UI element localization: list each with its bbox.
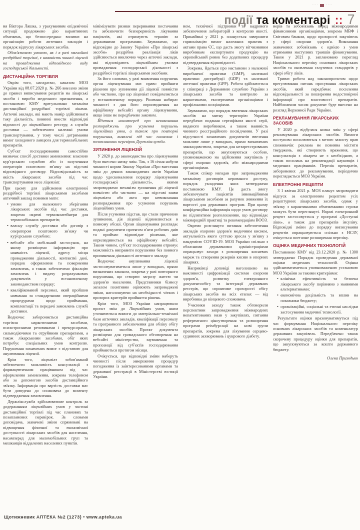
masthead-dots-right: · · · · <box>326 3 332 7</box>
bullet-item: організаційні, соціальні та етичні наслі… <box>277 305 358 315</box>
bullet-item: кваліфікований персонал, який пройшов на… <box>7 288 88 314</box>
paragraph: Триває робота над законопроєктом щодо вр… <box>273 77 358 113</box>
paragraph: Після усунення підстав, що стали причино… <box>93 212 178 259</box>
paragraph: мінімізувати ризики переривання постачан… <box>93 24 178 76</box>
paragraph: нерів та зобов'язань перед міжнародними … <box>273 24 358 76</box>
footer-text: Щотижневик АПТЕКА №2 (1273) • www.apteka… <box>4 514 264 520</box>
column-4: нерів та зобов'язань перед міжнародними … <box>273 24 358 506</box>
bullet-item: умови для належного зберігання лікарськи… <box>7 202 88 223</box>
paragraph: Окремо розглянуто питання забезпечення з… <box>183 224 268 266</box>
paragraph: Також спікер нагадав про запровадження м… <box>183 171 268 223</box>
paragraph: У 2020 р. відбулася низка змін у сфері р… <box>273 127 358 179</box>
article-heading: ЗУПИНЕННЯ ЛІЦЕНЗІЙ <box>93 148 178 153</box>
paragraph: Водночас забороняється дистанційна торгі… <box>3 315 88 357</box>
paragraph: Результати оцінки враховуватимуться під … <box>273 316 358 352</box>
bullet-item: вебсайт або мобільний застосунок, на яко… <box>7 240 88 287</box>
article-heading: ДИСТАНЦІЙНА ТОРГІВЛЯ <box>3 74 88 79</box>
paragraph: ном, технічної підтримки та кадрового за… <box>183 24 268 66</box>
bullet-list: умови для належного зберігання лікарськи… <box>3 202 88 314</box>
column-content: ня Віктора Ляшка, з урахуванням епідеміч… <box>3 24 88 446</box>
bullet-item: власну службу доставки або договір з опе… <box>7 224 88 240</box>
column-3: ном, технічної підтримки та кадрового за… <box>183 24 268 506</box>
column-1: ня Віктора Ляшка, з урахуванням епідеміч… <box>3 24 88 506</box>
column-content: мінімізувати ризики переривання постачан… <box>93 24 178 380</box>
paragraph: Очікується, що відповідні зміни наберуть… <box>93 354 178 380</box>
paragraph: У 2020 р. до законодавства про ліцензува… <box>93 154 178 211</box>
paragraph: Водночас анулювання ліцензії застосовува… <box>93 259 178 301</box>
masthead-dots-left: · · · · <box>312 3 318 7</box>
paragraph: Крім того, МОЗ України напрацювало проєк… <box>93 301 178 353</box>
paragraph: ня Віктора Ляшка, з урахуванням епідеміч… <box>3 24 88 50</box>
article-heading: ЕЛЕКТРОННІ РЕЦЕПТИ <box>273 182 358 187</box>
page-footer: Щотижневик АПТЕКА №2 (1273) • www.apteka… <box>4 514 264 521</box>
paragraph: Зокрема, йдеться про настанови з належно… <box>183 66 268 108</box>
paragraph: Суб'єкт господарювання самостійно визнач… <box>3 149 88 185</box>
paragraph: Держлікслужба здійснюватиме контроль за … <box>3 399 88 446</box>
column-content: ном, технічної підтримки та кадрового за… <box>183 24 268 339</box>
bullet-item: економічна доцільність та вплив на показ… <box>277 293 358 303</box>
column-content: нерів та зобов'язань перед міжнародними … <box>273 24 358 361</box>
newspaper-page: · · · ·· · · · події та коментарі :: 7 н… <box>0 0 360 530</box>
column-2: мінімізувати ризики переривання постачан… <box>93 24 178 506</box>
bullet-list: клінічна ефективність та безпека лікарсь… <box>273 277 358 315</box>
paragraph: Наприкінці доповіді наголошено на важлив… <box>183 266 268 302</box>
byline: Олена Приходько <box>273 356 358 361</box>
article-heading: РЕКЛАМУВАННЯ ЛІКАРСЬКИХ ЗАСОБІВ <box>273 116 358 126</box>
paragraph: За його словами, у разі виявлення поруше… <box>93 77 178 119</box>
article-heading: ОЦІНКА МЕДИЧНИХ ТЕХНОЛОГІЙ <box>273 244 358 249</box>
italic-paragraph: Обов'язковою умовою, як і в разі звичайн… <box>3 51 88 72</box>
bullet-item: клінічна ефективність та безпека лікарсь… <box>277 277 358 293</box>
columns-region: ня Віктора Ляшка, з урахуванням епідеміч… <box>3 24 358 506</box>
paragraph: При цьому для здійснення електронної роз… <box>3 186 88 202</box>
paragraph: Крім того, ліцензіат зобов'язаний забезп… <box>3 357 88 399</box>
italic-paragraph: Йдеться насамперед про невиконання розпо… <box>93 119 178 145</box>
masthead-mark: · · · ·· · · · <box>296 1 348 9</box>
paragraph: Постановою КМУ від 23.12.2020 р. № 1300 … <box>273 250 358 276</box>
paragraph: Зауважимо, що порядок ввезення лікарськи… <box>183 108 268 170</box>
paragraph: З 1 квітня 2021 р. МОЗ планує запровадит… <box>273 189 358 241</box>
paragraph: Учасники заходу також обговорили перспек… <box>183 303 268 339</box>
masthead-dash-icon <box>320 4 324 7</box>
paragraph: Окрім того, нагадаємо, наказом МОЗ Украї… <box>3 81 88 149</box>
